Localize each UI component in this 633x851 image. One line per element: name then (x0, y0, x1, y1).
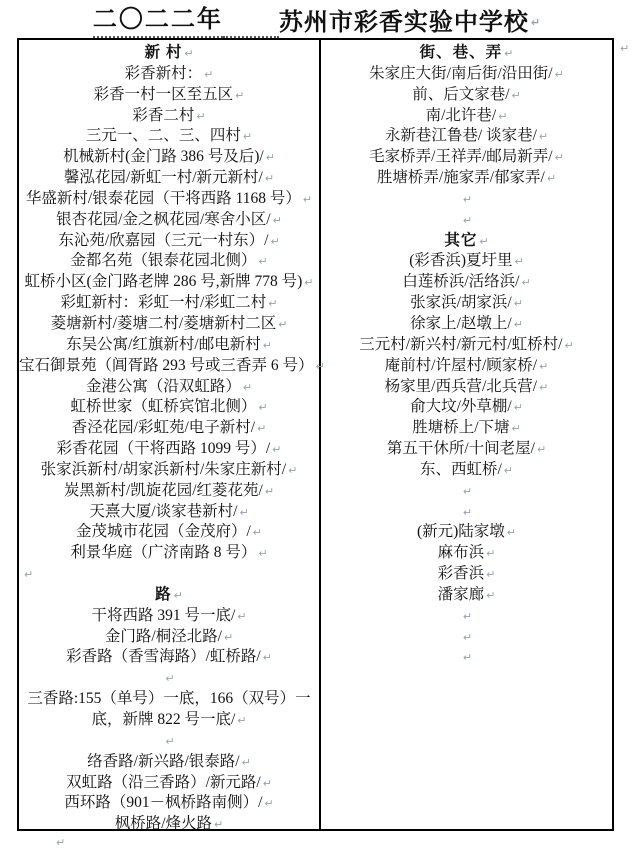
paragraph-mark-icon: ↵ (504, 464, 513, 477)
entry-text: 西环路（901－枫桥路南侧）/ (64, 794, 262, 811)
paragraph-mark-icon: ↵ (539, 360, 548, 373)
entry-text: 街、巷、弄 (420, 44, 503, 61)
table-row: 华盛新村/银泰花园（干将西路 1168 号）↵ (19, 189, 319, 210)
paragraph-mark-icon: ↵ (486, 589, 495, 602)
blank-line: ↵ (19, 731, 319, 752)
table-row: (彩香浜)夏圩里↵ (321, 251, 612, 272)
entry-text: 机械新村(金门路 386 号及后)/ (63, 148, 264, 165)
paragraph-mark-icon: ↵ (174, 589, 183, 602)
table-row: 三元村/新兴村/新元村/虹桥村/↵ (321, 335, 612, 356)
table-row: 银杏花园/金之枫花园/寒舍小区/↵ (19, 210, 319, 231)
section-header: 其它↵ (321, 231, 612, 252)
section-header: 路↵ (19, 585, 319, 606)
table-row: 胜塘桥上/下塘↵ (321, 418, 612, 439)
paragraph-mark-icon: ↵ (184, 47, 193, 60)
entry-text: 金都名苑（银泰花园北侧） (70, 252, 256, 269)
column-streets-lanes-alleys: 街、巷、弄↵朱家庄大街/南后街/沿田街/↵前、后文家巷/↵南/北许巷/↵永新巷江… (321, 40, 612, 829)
paragraph-mark-icon: ↵ (486, 547, 495, 560)
table-row: 永新巷江鲁巷/ 谈家巷/↵ (321, 126, 612, 147)
table-row: 庵前村/许屋村/顾家桥/↵ (321, 356, 612, 377)
table-row: 金门路/桐泾北路/↵ (19, 627, 319, 648)
document-page: 二〇二二年苏州市彩香实验中学校↵ ↵ 新 村↵彩香新村：↵彩香一村一区至五区↵彩… (0, 0, 633, 851)
table-row: 潘家廊↵ (321, 585, 612, 606)
paragraph-mark-icon: ↵ (263, 777, 272, 790)
entry-text: 宝石御景苑（阊胥路 293 号或三香弄 6 号） (19, 357, 314, 374)
entry-text: 潘家廊 (438, 586, 485, 603)
entry-text: 前、后文家巷/ (412, 86, 509, 103)
entry-text: (彩香浜)夏圩里 (409, 252, 512, 269)
paragraph-mark-icon: ↵ (514, 297, 523, 310)
paragraph-mark-icon: ↵ (196, 110, 205, 123)
entry-text: 香泾花园/彩虹苑/电子新村/ (72, 419, 255, 436)
blank-line: ↵ (19, 668, 319, 689)
paragraph-mark-icon: ↵ (268, 297, 277, 310)
paragraph-mark-icon: ↵ (514, 401, 523, 414)
table-row: 宝石御景苑（阊胥路 293 号或三香弄 6 号）↵ (19, 356, 319, 377)
entry-text: 金茂城市花园（金茂府）/ (76, 523, 251, 540)
paragraph-mark-icon: ↵ (555, 68, 564, 81)
paragraph-mark-icon: ↵ (272, 443, 281, 456)
entry-text: 东、西虹桥/ (420, 461, 502, 478)
entry-text: 利景华庭（广济南路 8 号） (70, 544, 256, 561)
paragraph-mark-icon: ↵ (264, 797, 273, 810)
table-row: 菱塘新村/菱塘二村/菱塘新村二区↵ (19, 314, 319, 335)
entry-text: 杨家里/西兵营/北兵营/ (385, 378, 537, 395)
table-row: 天熹大厦/谈家巷新村/↵ (19, 502, 319, 523)
table-row: 双虹路（沿三香路）/新元路/↵ (19, 773, 319, 794)
paragraph-mark-icon: ↵ (512, 422, 521, 435)
entry-text: 毛家桥弄/王祥弄/邮局新弄/ (369, 148, 552, 165)
table-row: 干将西路 391 号一底/↵ (19, 606, 319, 627)
title-gap-underline (223, 12, 279, 38)
table-row: 彩虹新村：彩虹一村/彩虹二村↵ (19, 293, 319, 314)
table-row: 徐家上/赵墩上/↵ (321, 314, 612, 335)
paragraph-mark-icon: ↵ (273, 214, 282, 227)
entry-text: 新 村 (144, 44, 182, 61)
entry-text: 胜塘桥弄/施家弄/郁家弄/ (377, 169, 545, 186)
paragraph-mark-icon: ↵ (304, 276, 313, 289)
entry-text: 络香路/新兴路/银泰路/ (87, 753, 239, 770)
table-row: 白莲桥浜/活络浜/↵ (321, 272, 612, 293)
table-row: (新元)陆家墩↵ (321, 522, 612, 543)
title-school-name: 苏州市彩香实验中学校 (279, 8, 529, 38)
table-row: 张家浜/胡家浜/↵ (321, 293, 612, 314)
table-row: 底，新牌 822 号一底/↵ (19, 710, 319, 731)
paragraph-mark-icon: ↵ (463, 631, 472, 644)
table-row: 金都名苑（银泰花园北侧）↵ (19, 251, 319, 272)
paragraph-mark-icon: ↵ (243, 130, 252, 143)
paragraph-mark-icon: ↵ (56, 836, 65, 849)
entry-text: 其它 (444, 232, 477, 249)
entry-text: 庵前村/许屋村/顾家桥/ (385, 357, 537, 374)
table-row: 毛家桥弄/王祥弄/邮局新弄/↵ (321, 147, 612, 168)
paragraph-mark-icon: ↵ (555, 151, 564, 164)
entry-text: 底，新牌 822 号一底/ (91, 711, 235, 728)
entry-text: 俞大坟/外草棚/ (410, 398, 512, 415)
title-year: 二〇二二年 (93, 5, 223, 38)
paragraph-mark-icon: ↵ (479, 235, 488, 248)
entry-text: 彩香一村一区至五区 (94, 86, 234, 103)
entry-text: 三香路:155（单号）一底，166（双号）一 (27, 690, 310, 707)
paragraph-mark-icon: ↵ (263, 339, 272, 352)
table-row: 彩香二村↵ (19, 106, 319, 127)
paragraph-mark-icon: ↵ (242, 756, 251, 769)
entry-text: 华盛新村/银泰花园（干将西路 1168 号） (26, 190, 301, 207)
page-title: 二〇二二年苏州市彩香实验中学校↵ (0, 6, 633, 38)
column-new-villages-and-roads: 新 村↵彩香新村：↵彩香一村一区至五区↵彩香二村↵三元一、二、三、四村↵机械新村… (19, 40, 321, 829)
table-row: 炭黑新村/凯旋花园/红菱花苑/↵ (19, 481, 319, 502)
paragraph-mark-icon: ↵ (265, 172, 274, 185)
paragraph-mark-icon: ↵ (270, 235, 279, 248)
paragraph-mark-icon: ↵ (239, 506, 248, 519)
table-row: 彩香一村一区至五区↵ (19, 85, 319, 106)
blank-line: ↵ (321, 627, 612, 648)
paragraph-mark-icon: ↵ (486, 568, 495, 581)
paragraph-mark-icon: ↵ (504, 47, 513, 60)
table-row: 东沁苑/欣嘉园（三元一村东）/↵ (19, 231, 319, 252)
entry-text: 菱塘新村/菱塘二村/菱塘新村二区 (51, 315, 277, 332)
paragraph-mark-icon: ↵ (257, 422, 266, 435)
paragraph-mark-icon: ↵ (204, 68, 213, 81)
paragraph-mark-icon: ↵ (565, 339, 574, 352)
paragraph-mark-icon: ↵ (463, 651, 472, 664)
entry-text: 彩香新村： (125, 65, 203, 82)
table-row: 俞大坟/外草棚/↵ (321, 397, 612, 418)
paragraph-mark-icon: ↵ (537, 443, 546, 456)
paragraph-mark-icon: ↵ (303, 193, 312, 206)
entry-text: 永新巷江鲁巷/ 谈家巷/ (385, 127, 537, 144)
paragraph-mark-icon: ↵ (463, 193, 472, 206)
table-row: 彩香路（香雪海路）/虹桥路/↵ (19, 647, 319, 668)
entry-text: 第五干休所/十间老屋/ (387, 440, 535, 457)
paragraph-mark-icon: ↵ (165, 672, 174, 685)
paragraph-mark-icon: ↵ (224, 631, 233, 644)
table-row: 虹桥世家（虹桥宾馆北侧）↵ (19, 397, 319, 418)
entry-text: 白莲桥浜/活络浜/ (402, 273, 519, 290)
blank-line: ↵ (321, 210, 612, 231)
paragraph-mark-icon: ↵ (235, 89, 244, 102)
entry-text: 虹桥世家（虹桥宾馆北侧） (70, 398, 256, 415)
blank-line: ↵ (321, 606, 612, 627)
entry-text: 徐家上/赵墩上/ (410, 315, 512, 332)
table-row: 第五干休所/十间老屋/↵ (321, 439, 612, 460)
paragraph-mark-icon: ↵ (507, 526, 516, 539)
table-row: 机械新村(金门路 386 号及后)/↵ (19, 147, 319, 168)
paragraph-mark-icon: ↵ (463, 506, 472, 519)
section-header: 街、巷、弄↵ (321, 43, 612, 64)
paragraph-mark-icon: ↵ (258, 401, 267, 414)
entry-text: 金港公寓（沿双虹路） (86, 378, 241, 395)
table-row: 虹桥小区(金门路老牌 286 号,新牌 778 号)↵ (19, 272, 319, 293)
entry-text: 朱家庄大街/南后街/沿田街/ (369, 65, 552, 82)
paragraph-mark-icon: ↵ (214, 818, 223, 831)
paragraph-mark-icon: ↵ (515, 255, 524, 268)
entry-text: 彩虹新村：彩虹一村/彩虹二村 (60, 294, 266, 311)
paragraph-mark-icon: ↵ (263, 651, 272, 664)
blank-line: ↵ (19, 564, 319, 585)
paragraph-mark-icon: ↵ (463, 610, 472, 623)
paragraph-mark-icon: ↵ (539, 130, 548, 143)
paragraph-mark-icon: ↵ (547, 172, 556, 185)
entry-text: 胜塘桥上/下塘 (412, 419, 509, 436)
entry-text: 金门路/桐泾北路/ (105, 628, 222, 645)
paragraph-mark-icon: ↵ (463, 485, 472, 498)
table-row: 彩香新村：↵ (19, 64, 319, 85)
entry-text: 馨泓花园/新虹一村/新元新村/ (64, 169, 263, 186)
entry-text: 南/北许巷/ (426, 107, 497, 124)
paragraph-mark-icon: ↵ (514, 318, 523, 331)
table-row: 三香路:155（单号）一底，166（双号）一 (19, 689, 319, 710)
paragraph-mark-icon: ↵ (258, 255, 267, 268)
paragraph-mark-icon: ↵ (24, 568, 33, 581)
table-row: 彩香花园（干将西路 1099 号）/↵ (19, 439, 319, 460)
paragraph-mark-icon: ↵ (258, 547, 267, 560)
entry-text: 张家浜/胡家浜/ (410, 294, 512, 311)
blank-line: ↵ (321, 481, 612, 502)
entry-text: (新元)陆家墩 (417, 523, 505, 540)
table-row: 利景华庭（广济南路 8 号）↵ (19, 543, 319, 564)
entry-text: 路 (155, 586, 172, 603)
paragraph-mark-icon: ↵ (266, 151, 275, 164)
table-row: 前、后文家巷/↵ (321, 85, 612, 106)
entry-text: 东吴公寓/红旗新村/邮电新村 (66, 336, 261, 353)
entry-text: 三元一、二、三、四村 (86, 127, 241, 144)
entry-text: 炭黑新村/凯旋花园/红菱花苑/ (64, 482, 263, 499)
table-row: 枫桥路/烽火路↵ (19, 814, 319, 835)
table-row: 麻布浜↵ (321, 543, 612, 564)
entry-text: 虹桥小区(金门路老牌 286 号,新牌 778 号) (25, 273, 303, 290)
entry-text: 彩香路（香雪海路）/虹桥路/ (66, 648, 261, 665)
table-row: 馨泓花园/新虹一村/新元新村/↵ (19, 168, 319, 189)
table-row: 东、西虹桥/↵ (321, 460, 612, 481)
paragraph-mark-icon: ↵ (512, 89, 521, 102)
entry-text: 东沁苑/欣嘉园（三元一村东）/ (58, 232, 268, 249)
paragraph-mark-icon: ↵ (539, 381, 548, 394)
paragraph-mark-icon: ↵ (265, 485, 274, 498)
table-row: 东吴公寓/红旗新村/邮电新村↵ (19, 335, 319, 356)
entry-text: 彩香二村 (132, 107, 194, 124)
paragraph-mark-icon: ↵ (278, 318, 287, 331)
blank-line: ↵ (321, 647, 612, 668)
paragraph-mark-icon: ↵ (531, 8, 540, 38)
paragraph-mark-icon: ↵ (253, 526, 262, 539)
entry-text: 银杏花园/金之枫花园/寒舍小区/ (56, 211, 270, 228)
table-row: 络香路/新兴路/银泰路/↵ (19, 752, 319, 773)
table-row: 张家浜新村/胡家浜新村/朱家庄新村/↵ (19, 460, 319, 481)
blank-line: ↵ (321, 189, 612, 210)
entry-text: 麻布浜 (438, 544, 485, 561)
paragraph-mark-icon: ↵ (498, 110, 507, 123)
entry-text: 枫桥路/烽火路 (115, 815, 212, 832)
entry-text: 干将西路 391 号一底/ (91, 607, 235, 624)
section-header: 新 村↵ (19, 43, 319, 64)
paragraph-mark-icon: ↵ (237, 714, 246, 727)
table-row: 彩香浜↵ (321, 564, 612, 585)
paragraph-mark-icon: ↵ (165, 735, 174, 748)
paragraph-mark-icon: ↵ (521, 276, 530, 289)
table-row: 西环路（901－枫桥路南侧）/↵ (19, 793, 319, 814)
entry-text: 天熹大厦/谈家巷新村/ (89, 503, 237, 520)
table-row: 胜塘桥弄/施家弄/郁家弄/↵ (321, 168, 612, 189)
table-row: 杨家里/西兵营/北兵营/↵ (321, 377, 612, 398)
table-row: 朱家庄大街/南后街/沿田街/↵ (321, 64, 612, 85)
district-table: 新 村↵彩香新村：↵彩香一村一区至五区↵彩香二村↵三元一、二、三、四村↵机械新村… (17, 38, 614, 831)
entry-text: 张家浜新村/胡家浜新村/朱家庄新村/ (41, 461, 286, 478)
table-row: 香泾花园/彩虹苑/电子新村/↵ (19, 418, 319, 439)
paragraph-mark-icon: ↵ (463, 214, 472, 227)
table-row: 金茂城市花园（金茂府）/↵ (19, 522, 319, 543)
entry-text: 彩香浜 (438, 565, 485, 582)
entry-text: 彩香花园（干将西路 1099 号）/ (57, 440, 271, 457)
table-row: 三元一、二、三、四村↵ (19, 126, 319, 147)
blank-line: ↵ (321, 502, 612, 523)
paragraph-mark-icon: ↵ (620, 42, 629, 55)
paragraph-mark-icon: ↵ (243, 381, 252, 394)
table-row: 南/北许巷/↵ (321, 106, 612, 127)
entry-text: 三元村/新兴村/新元村/虹桥村/ (359, 336, 562, 353)
entry-text: 双虹路（沿三香路）/新元路/ (66, 774, 261, 791)
paragraph-mark-icon: ↵ (237, 610, 246, 623)
table-row: 金港公寓（沿双虹路）↵ (19, 377, 319, 398)
paragraph-mark-icon: ↵ (288, 464, 297, 477)
